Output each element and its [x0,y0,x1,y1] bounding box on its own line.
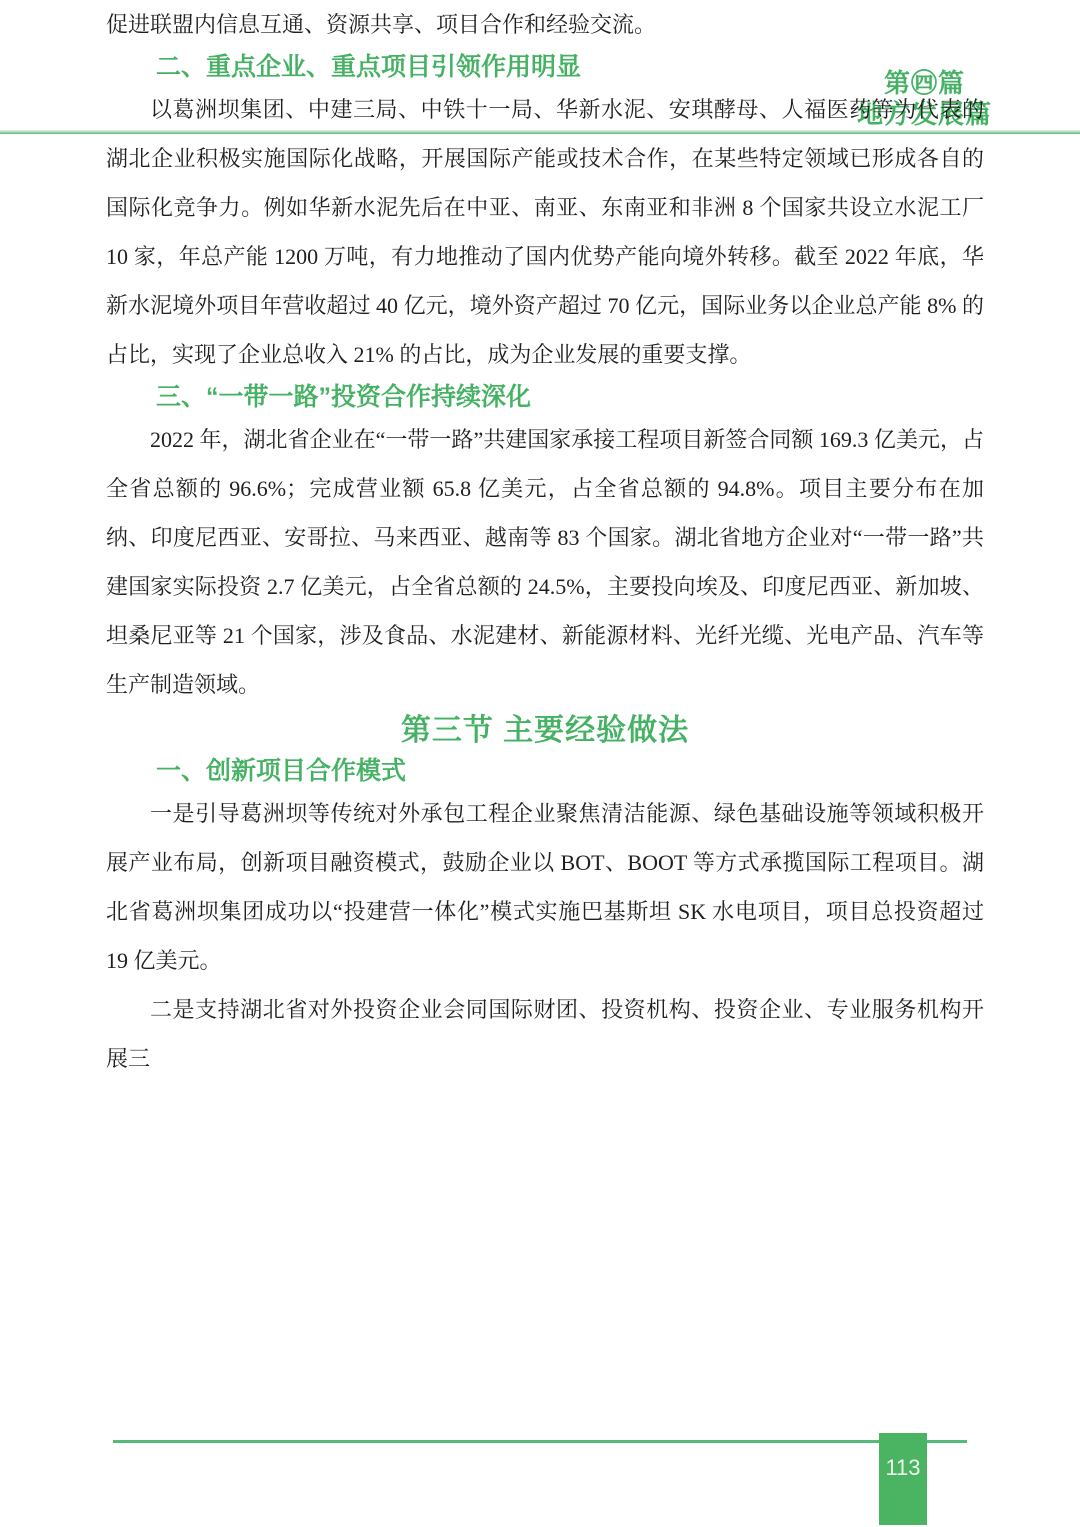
heading-subsection-one: 一、创新项目合作模式 [106,753,984,789]
paragraph-section-three: 2022 年，湖北省企业在“一带一路”共建国家承接工程项目新签合同额 169.3… [106,415,984,709]
document-body: 促进联盟内信息互通、资源共享、项目合作和经验交流。 二、重点企业、重点项目引领作… [106,0,984,1083]
chapter-section-title: 第三节 主要经验做法 [106,709,984,753]
intro-paragraph: 促进联盟内信息互通、资源共享、项目合作和经验交流。 [106,0,984,49]
paragraph-section-two: 以葛洲坝集团、中建三局、中铁十一局、华新水泥、安琪酵母、人福医药等为代表的湖北企… [106,85,984,379]
page-number-badge: 113 [879,1433,927,1525]
paragraph-subsection-one-a: 一是引导葛洲坝等传统对外承包工程企业聚焦清洁能源、绿色基础设施等领域积极开展产业… [106,789,984,985]
document-page: 第㊃篇 地方发展篇 促进联盟内信息互通、资源共享、项目合作和经验交流。 二、重点… [0,0,1080,1527]
heading-section-two: 二、重点企业、重点项目引领作用明显 [106,49,984,85]
heading-section-three: 三、“一带一路”投资合作持续深化 [106,379,984,415]
page-number: 113 [885,1455,920,1481]
paragraph-subsection-one-b: 二是支持湖北省对外投资企业会同国际财团、投资机构、投资企业、专业服务机构开展三 [106,985,984,1083]
footer-divider-rule [113,1440,967,1443]
